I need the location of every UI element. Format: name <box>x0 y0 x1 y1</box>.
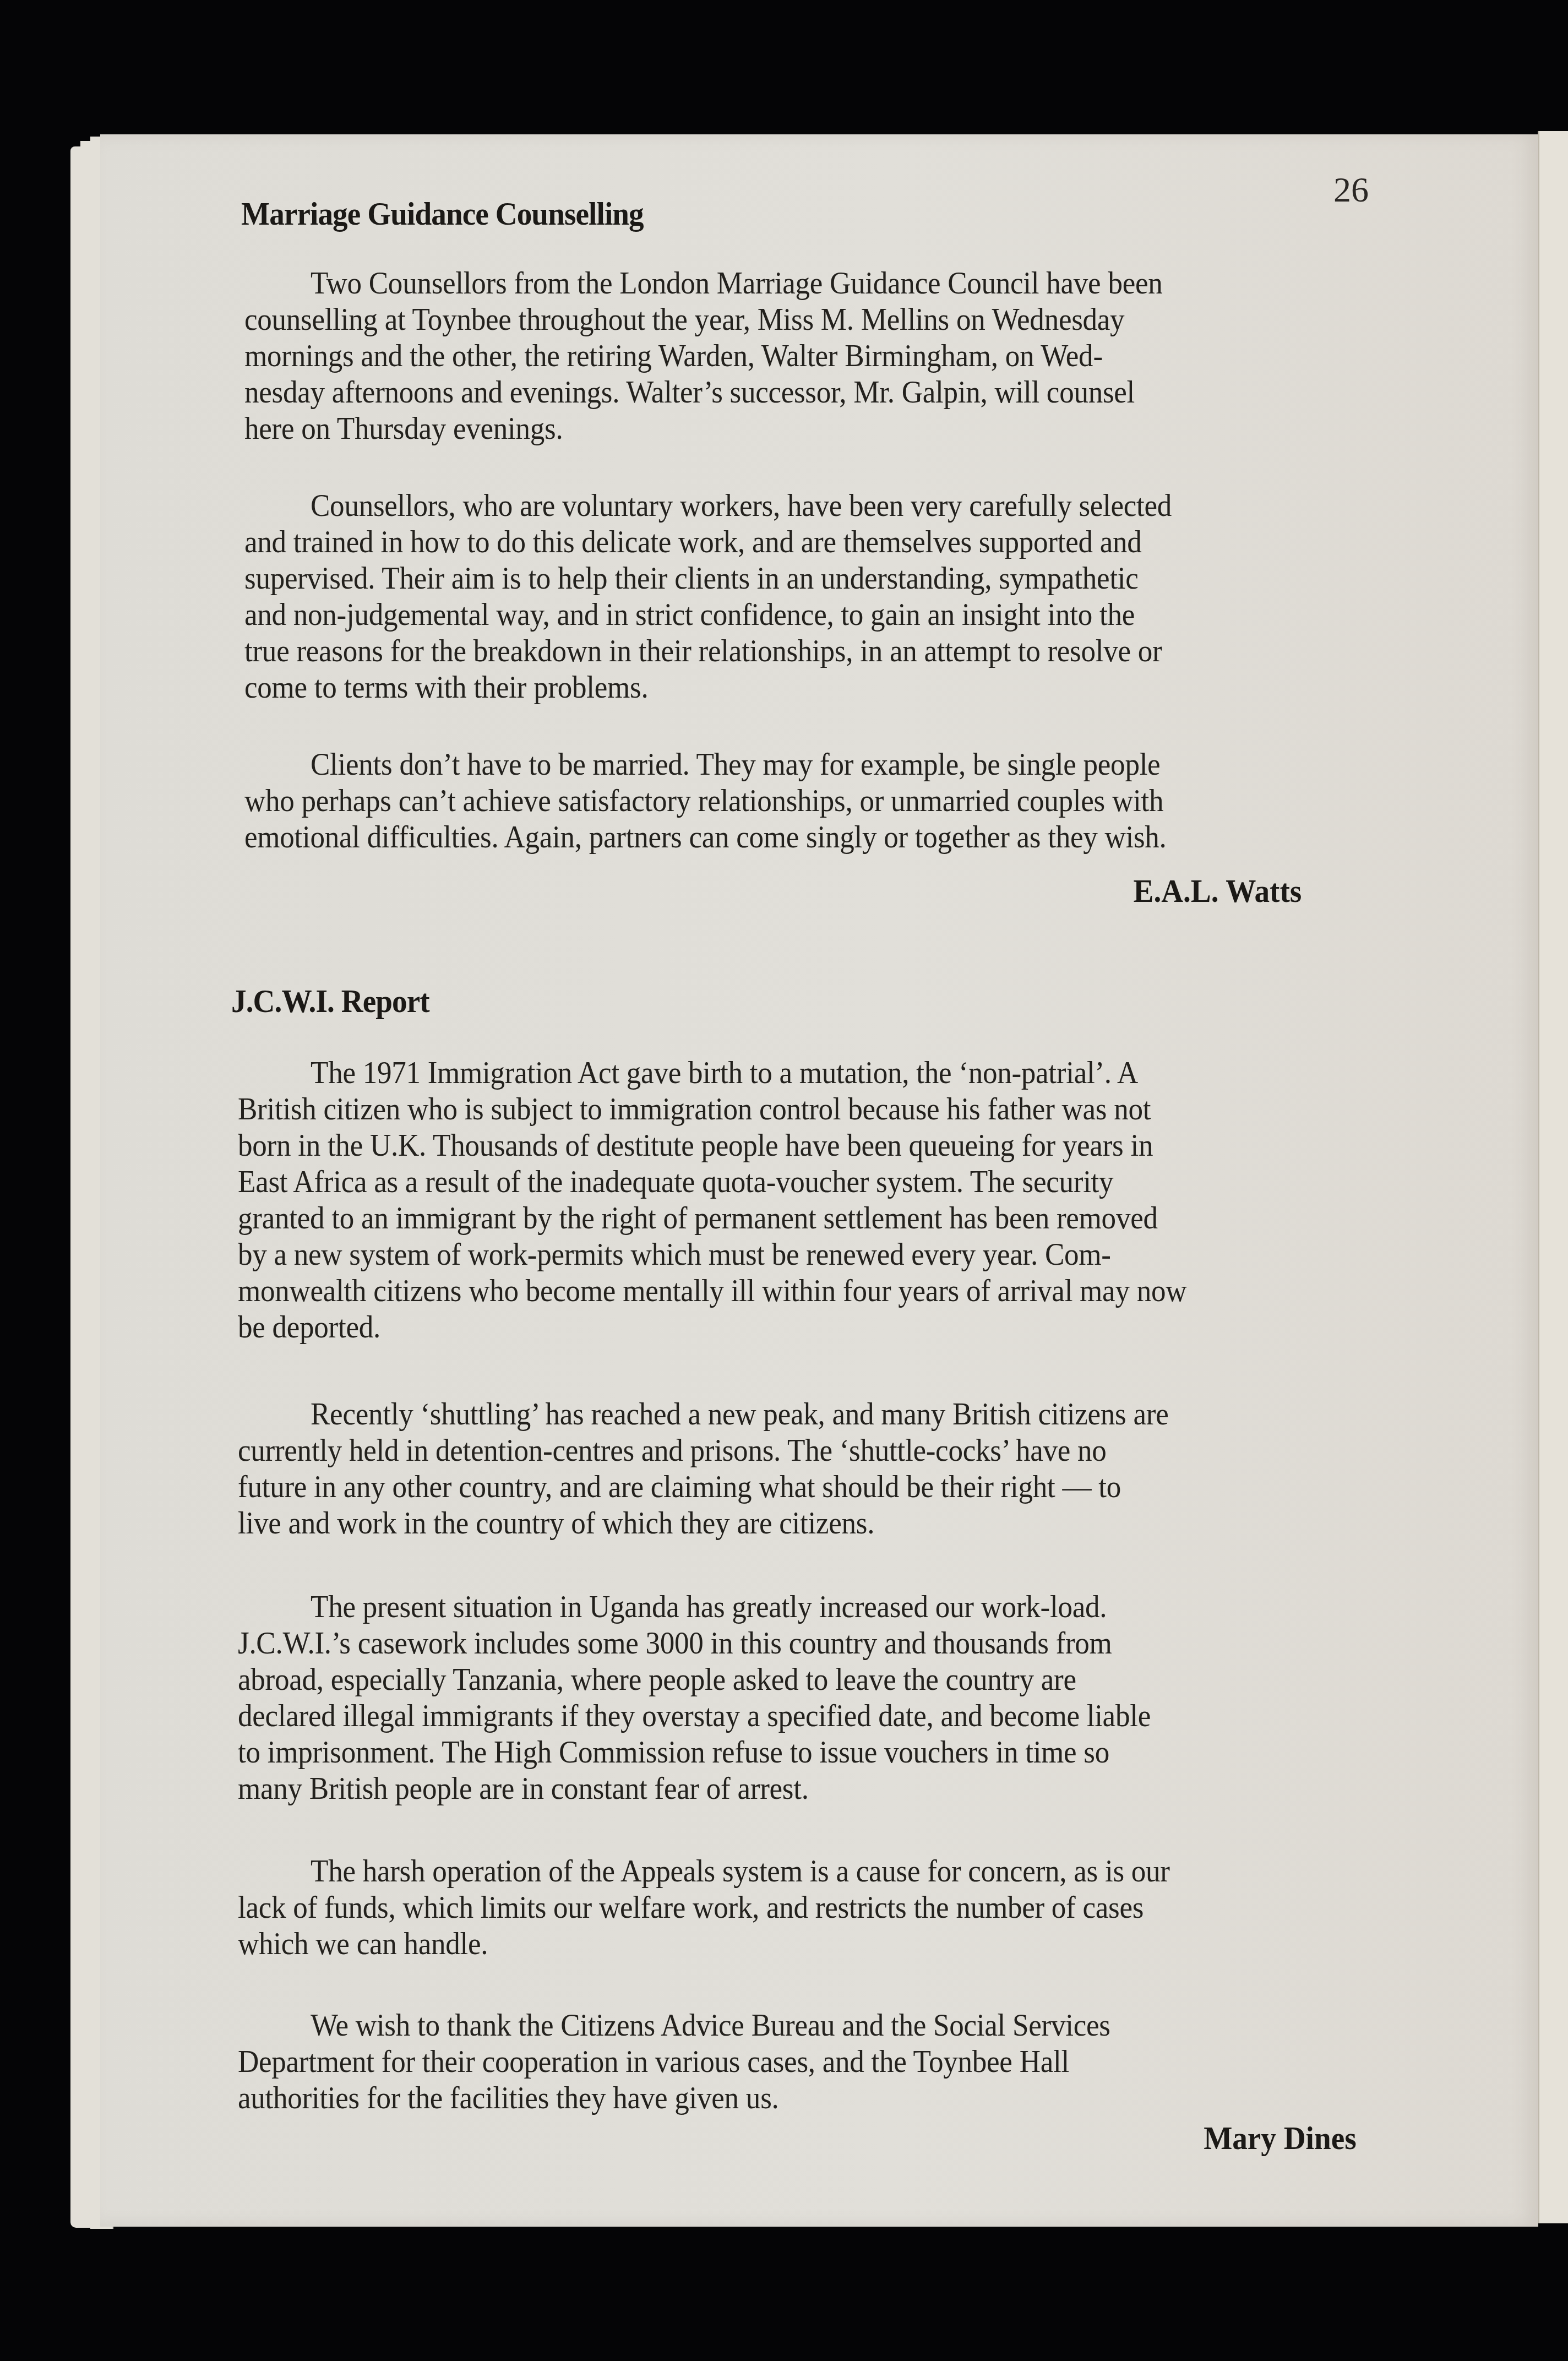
text-line: future in any other country, and are cla… <box>238 1468 1121 1505</box>
text-line: granted to an immigrant by the right of … <box>238 1199 1158 1236</box>
text-line: lack of funds, which limits our welfare … <box>238 1889 1144 1925</box>
text-line: born in the U.K. Thousands of destitute … <box>238 1127 1153 1163</box>
text-line: The 1971 Immigration Act gave birth to a… <box>311 1054 1138 1091</box>
text-line: abroad, especially Tanzania, where peopl… <box>238 1661 1076 1698</box>
text-line: live and work in the country of which th… <box>238 1504 874 1541</box>
text-line: true reasons for the breakdown in their … <box>244 632 1162 669</box>
text-line: declared illegal immigrants if they over… <box>238 1697 1151 1734</box>
text-line: British citizen who is subject to immigr… <box>238 1090 1151 1127</box>
text-line: We wish to thank the Citizens Advice Bur… <box>311 2006 1110 2043</box>
signature-author: Mary Dines <box>1204 2119 1357 2157</box>
text-line: here on Thursday evenings. <box>244 410 563 447</box>
text-line: The harsh operation of the Appeals syste… <box>311 1852 1170 1889</box>
section-heading-jcwi-report: J.C.W.I. Report <box>231 982 429 1020</box>
document-page: 26 Marriage Guidance Counselling Two Cou… <box>100 134 1538 2227</box>
text-line: Recently ‘shuttling’ has reached a new p… <box>311 1395 1168 1432</box>
text-line: J.C.W.I.’s casework includes some 3000 i… <box>238 1624 1112 1661</box>
text-line: monwealth citizens who become mentally i… <box>238 1272 1186 1309</box>
signature-author: E.A.L. Watts <box>1133 872 1302 910</box>
next-page-edge <box>1538 131 1568 2223</box>
text-line: which we can handle. <box>238 1925 488 1962</box>
text-line: supervised. Their aim is to help their c… <box>244 559 1139 596</box>
text-line: East Africa as a result of the inadequat… <box>238 1163 1113 1200</box>
text-line: be deported. <box>238 1308 380 1345</box>
text-line: and trained in how to do this delicate w… <box>244 523 1141 560</box>
text-line: mornings and the other, the retiring War… <box>244 337 1103 374</box>
text-line: nesday afternoons and evenings. Walter’s… <box>244 373 1135 410</box>
text-line: Counsellors, who are voluntary workers, … <box>311 487 1172 524</box>
text-line: currently held in detention-centres and … <box>238 1432 1107 1468</box>
text-line: Department for their cooperation in vari… <box>238 2043 1069 2080</box>
page-number: 26 <box>1333 170 1369 210</box>
text-line: counselling at Toynbee throughout the ye… <box>244 301 1124 338</box>
text-line: emotional difficulties. Again, partners … <box>244 818 1167 855</box>
text-line: who perhaps can’t achieve satisfactory r… <box>244 782 1163 819</box>
text-line: Clients don’t have to be married. They m… <box>311 746 1160 782</box>
text-line: by a new system of work-permits which mu… <box>238 1236 1111 1272</box>
text-line: The present situation in Uganda has grea… <box>311 1588 1107 1625</box>
text-line: and non-judgemental way, and in strict c… <box>244 596 1135 633</box>
section-heading-marriage-guidance: Marriage Guidance Counselling <box>241 195 644 233</box>
text-line: Two Counsellors from the London Marriage… <box>311 264 1162 301</box>
text-line: many British people are in constant fear… <box>238 1770 809 1807</box>
text-line: come to terms with their problems. <box>244 668 649 705</box>
text-line: authorities for the facilities they have… <box>238 2079 779 2116</box>
text-line: to imprisonment. The High Commission ref… <box>238 1733 1109 1770</box>
